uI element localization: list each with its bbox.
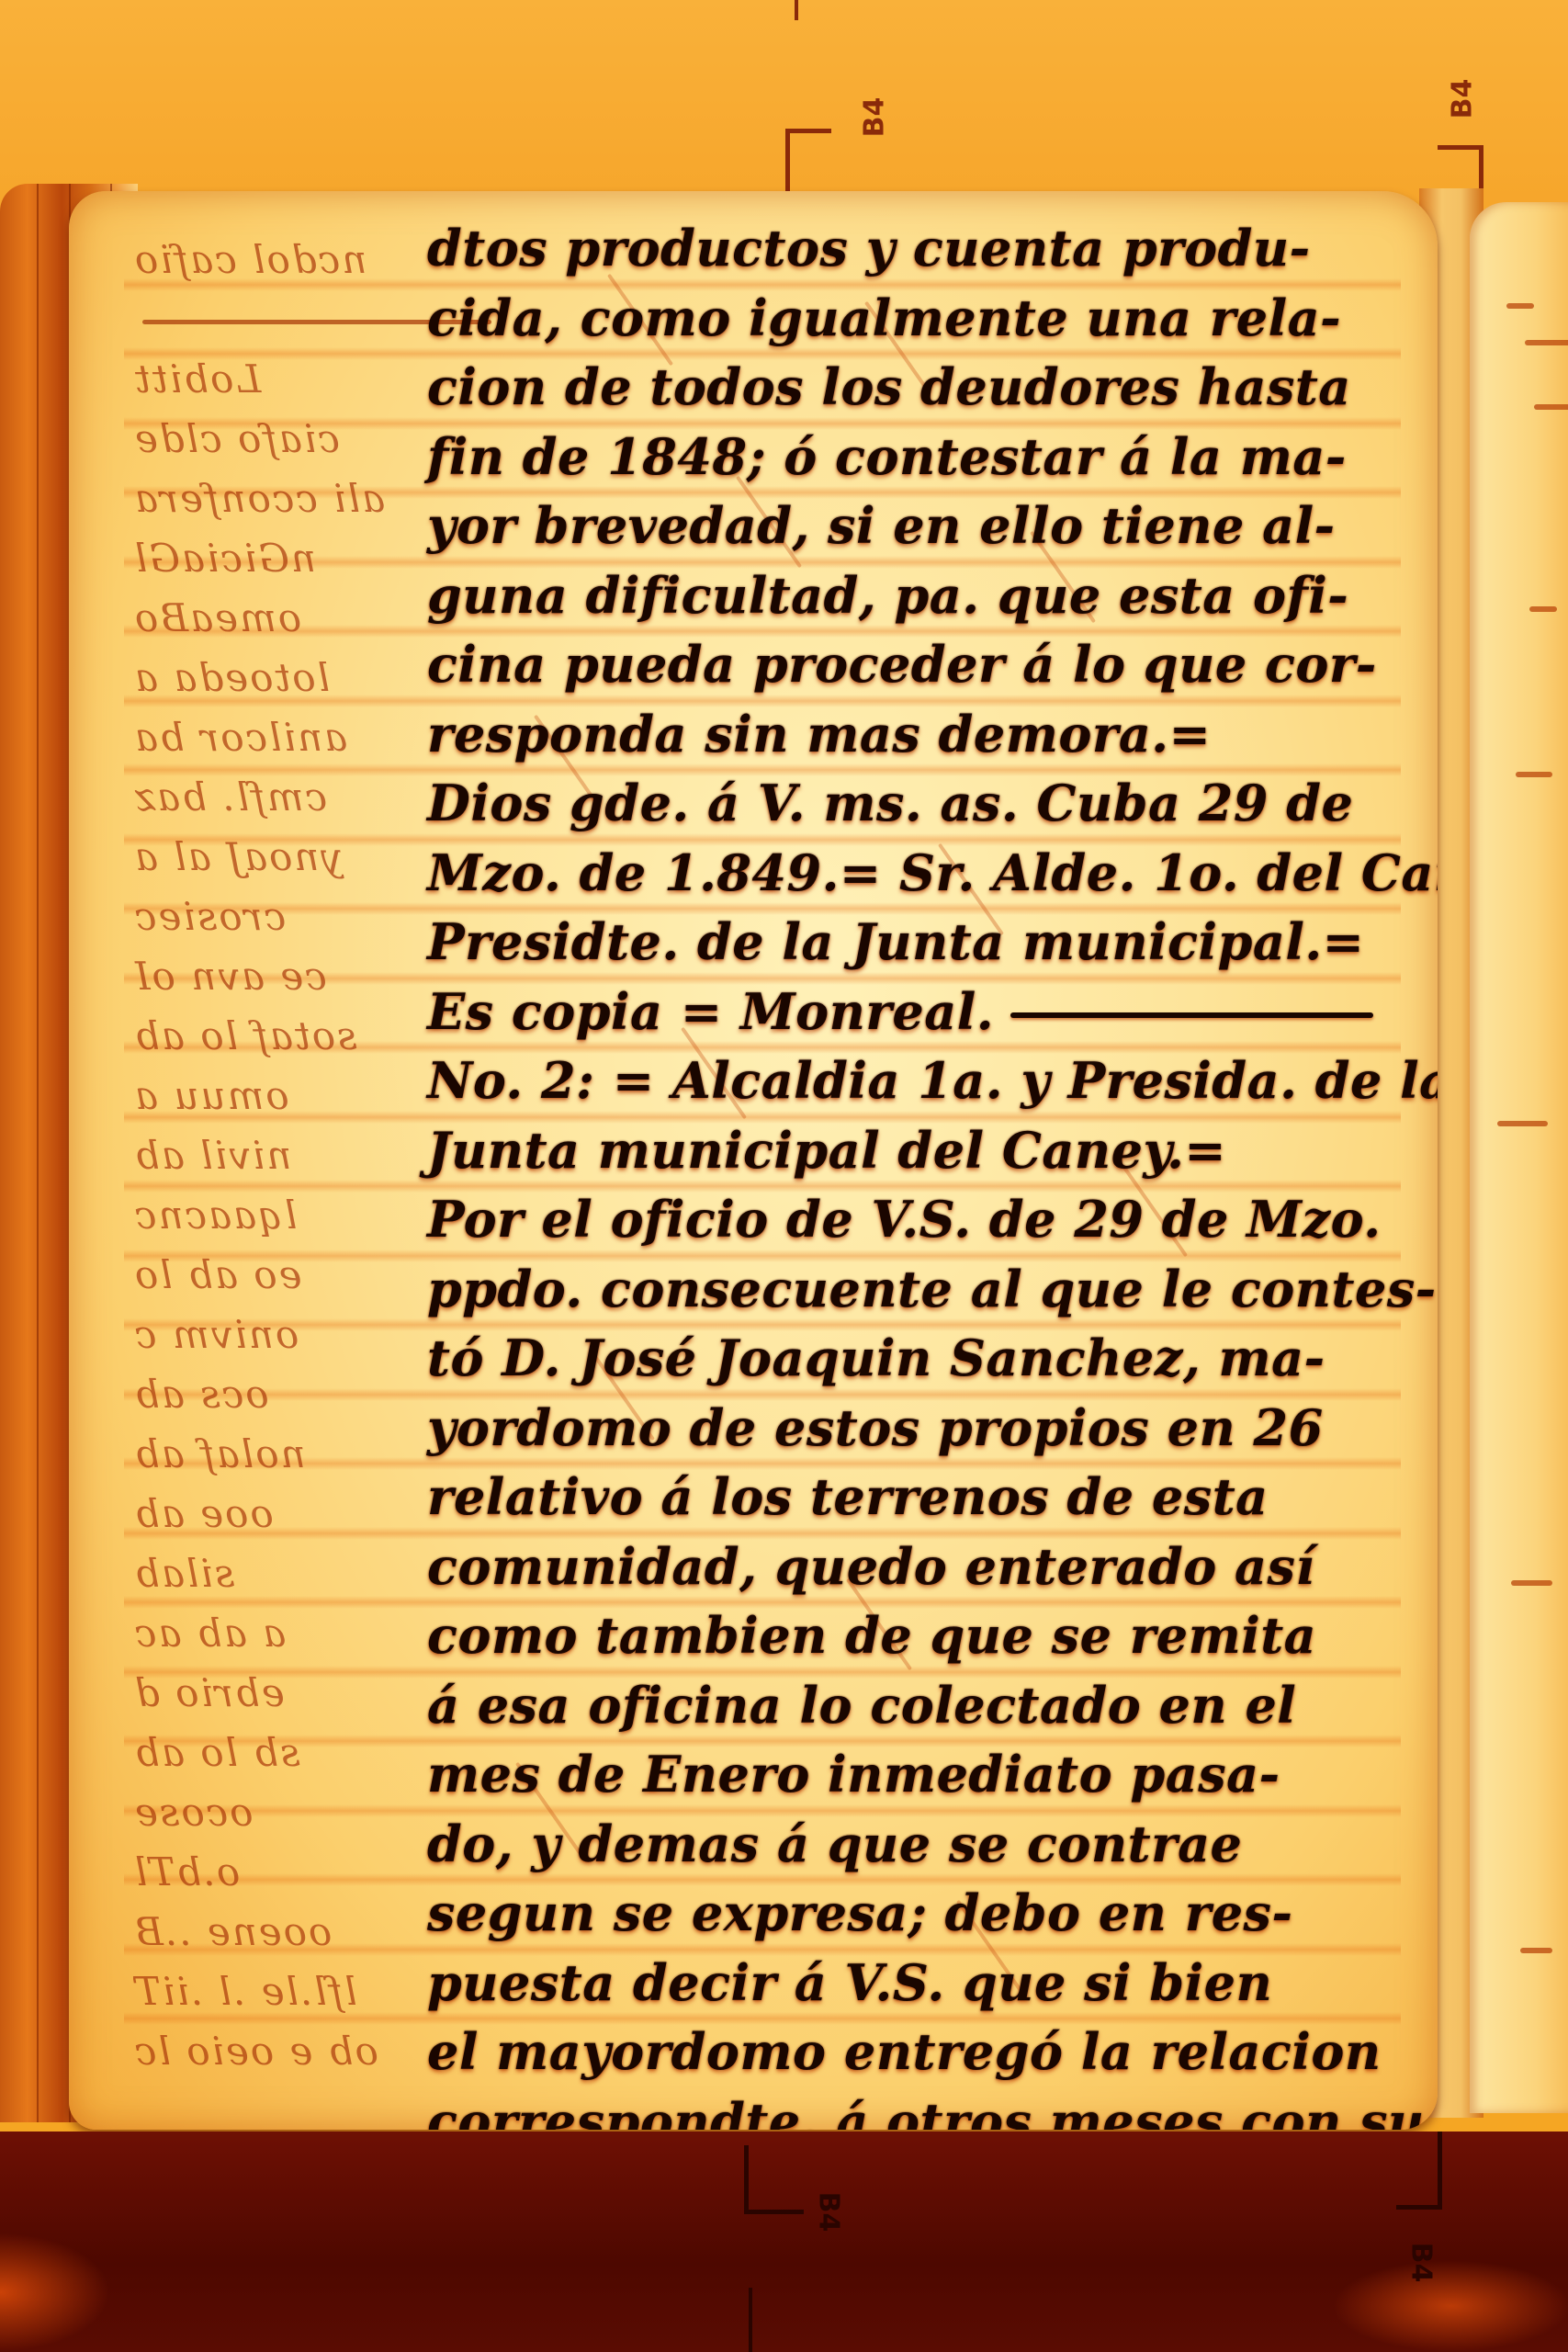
facing-page-ink-stroke (1516, 772, 1552, 777)
facing-page-ink-stroke (1520, 1948, 1552, 1953)
bleed-line: a ab ac (133, 1611, 473, 1660)
bleed-line: ocs ab (133, 1372, 473, 1421)
registration-label-bottom-left: B4 (812, 2192, 844, 2233)
bleed-line: nolaf ab (133, 1431, 473, 1481)
bleed-line: sotaf lo ab (133, 1013, 473, 1063)
bleed-line: ncdol cafio (133, 237, 473, 287)
bleed-line: ynoaJ al a (133, 834, 473, 884)
facing-page-ink-stroke (1534, 404, 1568, 410)
bleed-line: ooene ..B (133, 1909, 473, 1959)
light-glow (1332, 2260, 1568, 2352)
facing-page-ink-stroke (1525, 340, 1568, 345)
text-line: el mayordomo entregó la relacion (427, 2018, 1419, 2087)
text-line: responda sin mas demora.= (427, 700, 1419, 770)
text-line: Dios gde. á V. ms. as. Cuba 29 de (427, 769, 1419, 839)
bleed-line: ali cconfera (133, 476, 473, 526)
bleed-line: ebrio d (133, 1670, 473, 1720)
text-line: yordomo de estos propios en 26 (427, 1394, 1419, 1464)
signature-line: Es copia = Monreal. (427, 978, 1419, 1047)
facing-page-ink-stroke (1506, 303, 1534, 309)
text-line: Junta municipal del Caney.= (427, 1116, 1419, 1186)
text-line: Presidte. de la Junta municipal.= (427, 908, 1419, 978)
text-line: comunidad, quedo enterado así (427, 1532, 1419, 1602)
bleed-line: cmfl. baz (133, 775, 473, 824)
text-line: segun se expresa; debo en res- (427, 1879, 1419, 1949)
bleed-line: eo ab lo (133, 1252, 473, 1302)
bleed-line: anilcor ba (133, 715, 473, 764)
text-line: dtos productos y cuenta produ- (427, 214, 1419, 284)
signature-rule (1010, 1012, 1373, 1018)
bleed-line: omuu a (133, 1073, 473, 1123)
text-line: relativo á los terrenos de esta (427, 1463, 1419, 1532)
bleed-line: ce avn oI (133, 954, 473, 1003)
bleed-line: lfl.le .l .iiT (133, 1969, 473, 2018)
bleed-line: ocose (133, 1790, 473, 1839)
binding-edge-line (37, 184, 39, 2122)
text-line: cina pueda proceder á lo que cor- (427, 630, 1419, 700)
bleed-line: lqaacnc (133, 1193, 473, 1242)
bleed-line: omeaBo (133, 595, 473, 645)
bleed-line: nGiciaGl (133, 536, 473, 585)
bleed-line: onivm c (133, 1312, 473, 1362)
registration-label-top-left: B4 (858, 97, 890, 138)
bleed-line: sb lo ab (133, 1730, 473, 1780)
text-line: como tambien de que se remita (427, 1601, 1419, 1671)
registration-label-top-right: B4 (1446, 79, 1478, 119)
backdrop-top (0, 0, 1568, 220)
text-line: guna dificultad, pa. que esta ofi- (427, 561, 1419, 631)
facing-page-ink-stroke (1497, 1121, 1548, 1126)
registration-label-bottom-right: B4 (1404, 2243, 1437, 2283)
bleed-line: Lobitt (133, 356, 473, 406)
bleed-line: nivil ab (133, 1133, 473, 1182)
text-line: Por el oficio de V.S. de 29 de Mzo. (427, 1185, 1419, 1255)
bleed-line: ob e oeio lc (133, 2029, 473, 2078)
registration-bracket-bottom-left (744, 2145, 804, 2214)
text-line: fin de 1848; ó contestar á la ma- (427, 423, 1419, 492)
manuscript-text: dtos productos y cuenta produ- cida, com… (427, 214, 1419, 2130)
text-line: tó D. José Joaquin Sanchez, ma- (427, 1324, 1419, 1394)
text-line: puesta decir á V.S. que si bien (427, 1949, 1419, 2018)
bleed-line: o.bTl (133, 1849, 473, 1899)
manuscript-page: ncdol cafio Lobitt ciafo clde ali cconfe… (69, 191, 1438, 2130)
text-line: ppdo. consecuente al que le contes- (427, 1255, 1419, 1325)
crop-tick-bottom (749, 2288, 752, 2352)
registration-bracket-bottom-right (1396, 2131, 1442, 2210)
bleed-line: ooe ab (133, 1491, 473, 1541)
text-line: do, y demas á que se contrae (427, 1810, 1419, 1880)
text-line: á esa oficina lo colectado en el (427, 1671, 1419, 1741)
text-line-content: cida, como igualmente una rela- (427, 288, 1341, 347)
text-line: Mzo. de 1.849.= Sr. Alde. 1o. del Caney (427, 839, 1419, 909)
text-line: cion de todos los deudores hasta (427, 353, 1419, 423)
crop-tick-top (795, 0, 798, 20)
bleed-line: lotoeda a (133, 655, 473, 705)
text-line: yor brevedad, si en ello tiene al- (427, 492, 1419, 561)
bleed-line: crosiec (133, 894, 473, 944)
facing-page-ink-stroke (1511, 1580, 1552, 1586)
text-line: cida, como igualmente una rela- (427, 284, 1419, 354)
text-line: correspondte. á otros meses con su pro- (427, 2087, 1419, 2131)
facing-page-right (1470, 202, 1568, 2113)
facing-page-ink-stroke (1529, 606, 1557, 612)
bleed-line: silab (133, 1551, 473, 1600)
text-line: No. 2: = Alcaldia 1a. y Presida. de la (427, 1046, 1419, 1116)
light-glow (0, 2233, 110, 2352)
bleed-line: ciafo clde (133, 416, 473, 466)
text-line: mes de Enero inmediato pasa- (427, 1740, 1419, 1810)
signature-text: Es copia = Monreal. (427, 982, 994, 1041)
bleed-through-margin: ncdol cafio Lobitt ciafo clde ali cconfe… (133, 219, 473, 2111)
